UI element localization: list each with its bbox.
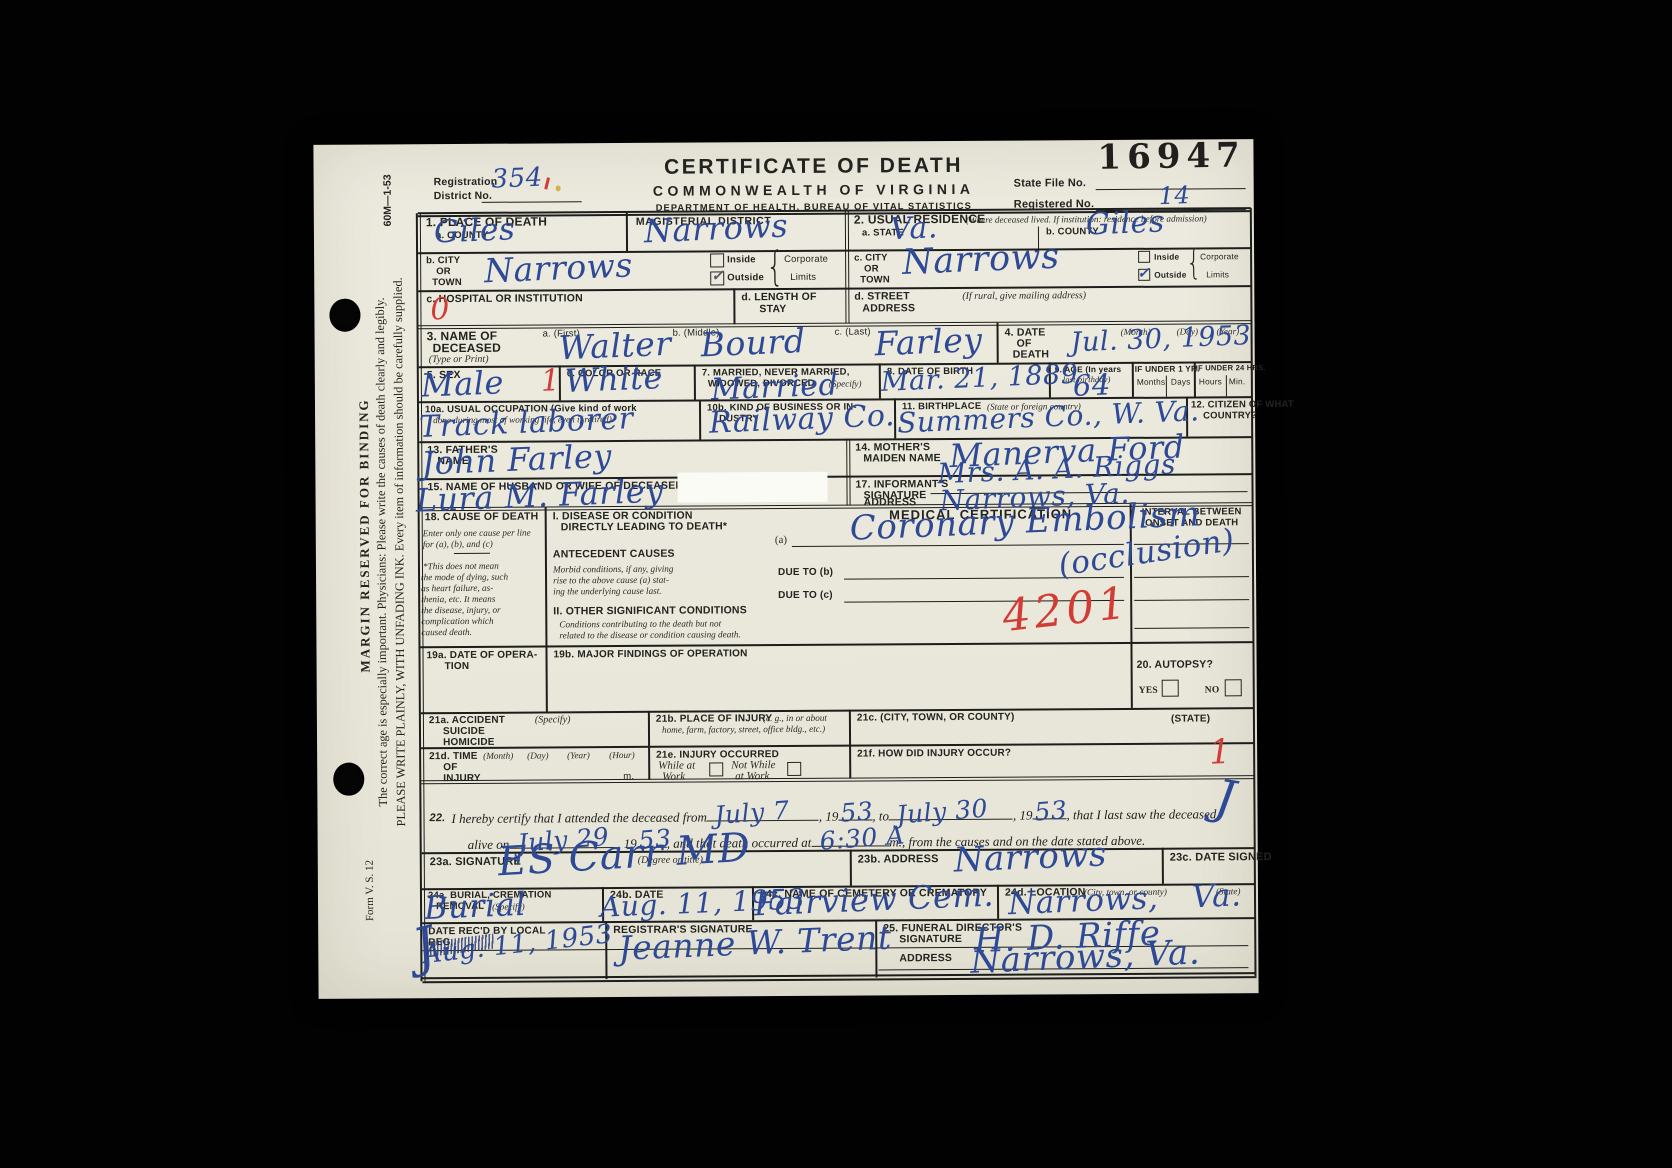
place-corporate-label: Corporate: [784, 255, 828, 266]
funeral-address-value: Narrows, Va.: [970, 937, 1201, 977]
morbid-line-0: Morbid conditions, if any, giving: [553, 564, 674, 575]
due-to-b-label: DUE TO (b): [778, 567, 833, 579]
red-tick-mark: [544, 177, 550, 189]
injury-day-label: (Day): [527, 750, 549, 760]
physician-address-label: 23b. ADDRESS: [858, 853, 939, 866]
cause-footnote-4: the disease, injury, or: [421, 605, 500, 616]
under-1yr-label: IF UNDER 1 YR.: [1135, 364, 1200, 374]
street-address-note: (If rural, give mailing address): [962, 290, 1086, 302]
injury-city-label: 21c. (CITY, TOWN, OR COUNTY): [857, 712, 1015, 724]
cause-a-label: (a): [775, 534, 787, 546]
marital-value: Married: [710, 371, 838, 403]
place-inside-checkbox: [710, 253, 724, 267]
injury-month-label: (Month): [483, 751, 513, 761]
cause-footnote-3: thenia, etc. It means: [421, 594, 495, 605]
father-value: John Farley: [421, 442, 613, 479]
cert-number: 22.: [429, 812, 445, 824]
under-24hrs-hours-label: Hours: [1199, 377, 1222, 386]
street-address-label-2: ADDRESS: [862, 303, 915, 315]
margin-instruction-line1: PLEASE WRITE PLAINLY, WITH UNFADING INK.…: [390, 167, 410, 937]
name-last-value: Farley: [874, 325, 983, 359]
business-value: Railway Co.: [709, 402, 896, 437]
residence-limits-label: Limits: [1206, 270, 1229, 279]
physician-address-value: Narrows: [953, 839, 1107, 876]
registration-label-1: Registration: [434, 177, 498, 189]
morbid-line-1: rise to the above cause (a) stat-: [553, 575, 669, 586]
cause-note-1: Enter only one cause per line: [423, 528, 531, 539]
injury-year-label: (Year): [567, 750, 590, 760]
sex-red-mark: 1: [540, 367, 561, 395]
cause-footnote-1: the mode of dying, such: [421, 572, 508, 583]
place-of-injury-note-2: home, farm, factory, street, office bldg…: [662, 724, 825, 735]
autopsy-no-checkbox: [1225, 679, 1242, 696]
funeral-address-label: ADDRESS: [899, 953, 952, 965]
certificate-title: CERTIFICATE OF DEATH: [563, 153, 1063, 180]
name-middle-value: Bourd: [700, 326, 806, 360]
name-last-label: c. (Last): [835, 327, 871, 338]
residence-corporate-label: Corporate: [1200, 252, 1239, 262]
cert-year-1: 53: [840, 800, 874, 825]
certificate-paper: 60M—1-53 MARGIN RESERVED FOR BINDING PLE…: [313, 139, 1258, 999]
autopsy-yes-label: YES: [1139, 686, 1158, 697]
registrar-signature-value: Jeanne W. Trent: [618, 923, 892, 964]
registration-district-number: 354: [491, 167, 543, 192]
magisterial-district-value: Narrows: [643, 211, 788, 246]
commonwealth-subtitle: COMMONWEALTH OF VIRGINIA: [564, 181, 1064, 200]
accident-label-1: 21a. ACCIDENT: [429, 715, 505, 727]
not-while-checkbox: [787, 762, 801, 776]
conditions-line-1: related to the disease or condition caus…: [559, 629, 740, 640]
form-number: Form V. S. 12: [364, 831, 377, 951]
injury-hour-label: (Hour): [609, 750, 635, 760]
sex-value: Male: [420, 368, 504, 400]
antecedent-label: ANTECEDENT CAUSES: [553, 549, 675, 561]
morbid-line-2: ing the underlying cause last.: [553, 586, 662, 597]
cert-text-5: , that I last saw the deceased: [1066, 806, 1216, 822]
injury-state-label: (STATE): [1171, 713, 1210, 724]
residence-inside-label: Inside: [1154, 253, 1179, 262]
cause-footnote-5: complication which: [421, 616, 493, 627]
place-outside-checkmark: ✓: [711, 268, 724, 283]
residence-city-label-3: TOWN: [860, 275, 890, 286]
residence-outside-checkmark: ✓: [1137, 266, 1150, 281]
spouse-value: Lura M. Farley: [415, 476, 664, 515]
under-24hrs-label: IF UNDER 24 HRS.: [1196, 364, 1266, 373]
residence-city-value: Narrows: [902, 242, 1061, 280]
autopsy-no-label: NO: [1205, 685, 1220, 696]
burial-state-value: Va.: [1191, 882, 1241, 912]
punch-hole-top: [329, 299, 360, 332]
time-of-injury-label-2: OF: [443, 762, 457, 773]
under-24hrs-min-label: Min.: [1229, 377, 1246, 386]
red-code-value: 4201: [1000, 583, 1132, 637]
cert-time-value: 6:30 A: [819, 824, 906, 853]
disease-label-2: DIRECTLY LEADING TO DEATH*: [561, 521, 727, 534]
date-of-death-value: Jul. 30, 1953: [1070, 324, 1252, 356]
accident-label-2: SUICIDE: [443, 726, 485, 737]
residence-county-value: Giles: [1085, 208, 1165, 238]
margin-binding-note: MARGIN RESERVED FOR BINDING: [356, 433, 373, 673]
scanned-death-certificate: 60M—1-53 MARGIN RESERVED FOR BINDING PLE…: [0, 0, 1672, 1168]
conditions-line-0: Conditions contributing to the death but…: [559, 618, 721, 629]
place-inside-label: Inside: [727, 255, 756, 266]
mother-label-2: MAIDEN NAME: [863, 453, 941, 465]
cert-to-value: July 30: [896, 797, 989, 826]
accident-specify-note: (Specify): [535, 714, 571, 725]
place-of-injury-note-1: (e. g., in or about: [763, 713, 827, 724]
autopsy-label: 20. AUTOPSY?: [1137, 659, 1214, 671]
cert-from-value: July 7: [714, 799, 791, 827]
hospital-value: 0: [430, 296, 451, 324]
yellow-speck: [556, 185, 561, 191]
residence-state-value: Va.: [889, 214, 938, 243]
punch-hole-bottom: [333, 763, 364, 796]
margin-instruction-line2: The correct age is especially important.…: [372, 167, 392, 937]
place-corporate-brace: {: [766, 247, 784, 288]
residence-corporate-brace: {: [1186, 245, 1201, 280]
place-city-label-3: TOWN: [432, 278, 462, 289]
under-1yr-days-label: Days: [1171, 378, 1191, 387]
cemetery-value: Fairview Cem.: [754, 881, 995, 920]
burial-value: Burial: [424, 890, 527, 923]
place-limits-label: Limits: [790, 273, 816, 284]
place-outside-label: Outside: [727, 273, 764, 284]
residence-inside-checkbox: [1138, 251, 1150, 263]
funeral-director-label-2: SIGNATURE: [899, 934, 962, 946]
cert-text-2: , 19: [819, 809, 839, 824]
date-signed-label: 23c. DATE SIGNED: [1170, 851, 1272, 864]
signature-flourish: J: [1212, 776, 1238, 822]
operation-date-label-2: TION: [445, 661, 470, 672]
citizen-label-2: COUNTRY?: [1203, 411, 1257, 422]
place-county-value: Giles: [433, 216, 515, 247]
injury-red-mark: 1: [1209, 737, 1232, 768]
dob-value: Mar. 21, 1889: [880, 363, 1078, 395]
operation-findings-label: 19b. MAJOR FINDINGS OF OPERATION: [553, 648, 747, 660]
cert-year-2: 53: [1034, 799, 1068, 824]
time-of-injury-label-1: 21d. TIME: [429, 751, 478, 762]
occupation-value: Track laborer: [419, 405, 634, 441]
place-city-value: Narrows: [484, 250, 634, 286]
length-of-stay-label-2: STAY: [759, 304, 786, 316]
while-at-work-checkbox: [709, 762, 723, 776]
residence-outside-label: Outside: [1154, 271, 1186, 280]
due-to-c-label: DUE TO (c): [778, 590, 833, 602]
how-injury-label: 21f. HOW DID INJURY OCCUR?: [857, 748, 1011, 760]
other-conditions-label: II. OTHER SIGNIFICANT CONDITIONS: [553, 605, 747, 618]
cause-footnote-2: as heart failure, as-: [421, 583, 493, 594]
physician-signature-value: ES Carr MD: [497, 830, 751, 881]
operation-date-label-1: 19a. DATE OF OPERA-: [426, 650, 537, 662]
under-1yr-months-label: Months: [1137, 378, 1165, 387]
autopsy-yes-checkbox: [1162, 680, 1179, 697]
whiteout-patch: [677, 472, 827, 503]
age-value: 64: [1072, 371, 1111, 399]
cert-text-4: , 19: [1013, 807, 1033, 822]
cause-note-2: for (a), (b), and (c): [423, 539, 493, 550]
cause-footnote-6: caused death.: [421, 627, 472, 638]
cause-footnote-0: *This does not mean: [423, 561, 499, 572]
color-race-value: White: [564, 363, 663, 396]
state-file-label: State File No.: [1014, 177, 1087, 190]
state-file-number-stamp: 16947: [1097, 138, 1246, 174]
